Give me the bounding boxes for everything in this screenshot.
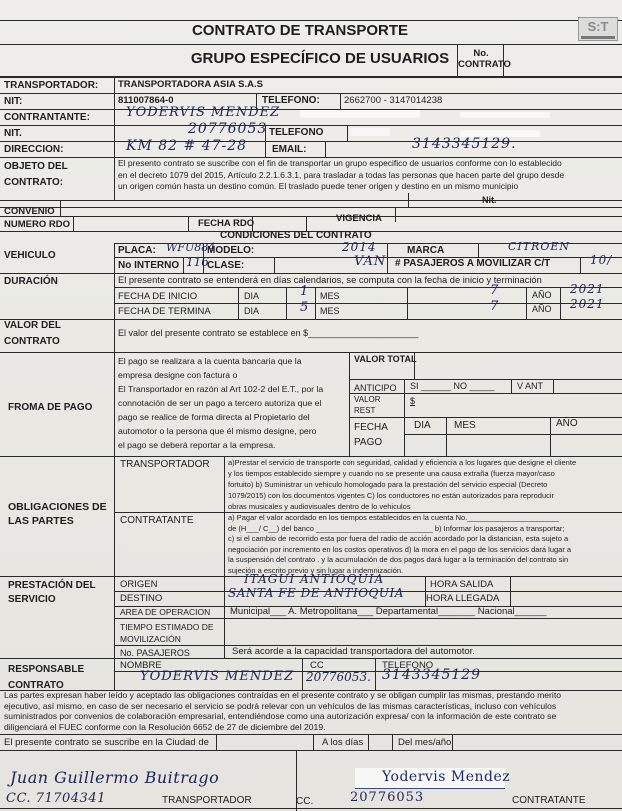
- area-operacion-options[interactable]: Municipal___ A. Metropolitana___ Departa…: [230, 606, 546, 617]
- anticipo-si-no[interactable]: SI ______ NO _____: [410, 381, 495, 392]
- fecha-pago-dia-label: DIA: [414, 420, 431, 431]
- inicio-ano-label: AÑO: [532, 290, 552, 301]
- termina-mes-value[interactable]: 7: [490, 299, 499, 314]
- pasajeros-value[interactable]: 10/: [590, 253, 612, 267]
- contratante-signature: Yodervis Mendez: [382, 769, 510, 785]
- valor-label: VALOR DEL CONTRATO: [4, 320, 61, 348]
- contratante-value[interactable]: YODERVIS MENDEZ: [126, 105, 280, 120]
- termina-dia-label: DIA: [244, 306, 259, 317]
- inicio-dia-value[interactable]: 1: [300, 284, 309, 299]
- contratante-label: CONTRANTANTE:: [4, 112, 90, 124]
- obligaciones-transportador-text: a)Prestar el servicio de transporte con …: [228, 457, 576, 512]
- obligaciones-contratante-label: CONTRATANTE: [120, 515, 194, 526]
- nit2-value[interactable]: 20776053: [188, 121, 267, 137]
- hora-llegada-label: HORA LLEGADA: [426, 593, 499, 604]
- contratante-signature-label: CONTRATANTE: [512, 795, 586, 806]
- direccion-label: DIRECCION:: [4, 144, 63, 156]
- forma-pago-label: FROMA DE PAGO: [8, 402, 92, 414]
- forma-pago-text: El pago se realizara a la cuenta bancari…: [118, 354, 346, 452]
- fecha-termina-label: FECHA DE TERMINA: [118, 306, 211, 317]
- numero-rdo-label: NUMERO RDO: [4, 219, 70, 231]
- vehiculo-label: VEHICULO: [4, 250, 56, 262]
- nit-label: NIT:: [4, 96, 22, 108]
- transportador-cc: CC. 71704341: [6, 791, 106, 806]
- nit2-label: NIT.: [4, 128, 22, 140]
- valor-rest-label: VALOR REST: [354, 395, 381, 416]
- responsable-cc-value[interactable]: 20776053.: [306, 670, 371, 684]
- contratante-cc: 20776053: [350, 790, 424, 805]
- origen-value[interactable]: ITAGUI ANTIOQUIA: [244, 572, 384, 586]
- no-pasajeros-text: Será acorde a la capacidad transportador…: [232, 646, 475, 657]
- obligaciones-transportador-label: TRANSPORTADOR: [120, 459, 210, 470]
- vigencia-label: VIGENCIA: [336, 213, 382, 225]
- fecha-rdo-label: FECHA RDO: [198, 218, 254, 230]
- inicio-dia-label: DIA: [244, 291, 259, 302]
- dias-label: A los días: [322, 737, 363, 748]
- obligaciones-label: OBLIGACIONES DE LAS PARTES: [8, 500, 107, 528]
- dias-field[interactable]: [370, 736, 388, 748]
- duracion-description: El presente contrato se entenderá en día…: [118, 275, 542, 286]
- fecha-pago-ano-label: AÑO: [556, 418, 578, 429]
- inicio-ano-value[interactable]: 2021: [570, 282, 605, 296]
- clase-value[interactable]: VAN: [354, 254, 386, 269]
- ciudad-field[interactable]: [218, 736, 312, 748]
- contratante-cc-label: CC.: [296, 796, 313, 807]
- mes-ano-field[interactable]: [454, 736, 614, 748]
- fecha-pago-mes-label: MES: [454, 420, 476, 431]
- destino-label: DESTINO: [120, 593, 162, 604]
- valor-total-label: VALOR TOTAL: [354, 354, 417, 365]
- document-title: CONTRATO DE TRANSPORTE: [0, 22, 600, 39]
- convenio-nit-label: Nit.: [482, 195, 497, 206]
- termina-ano-label: AÑO: [532, 304, 552, 315]
- area-operacion-label: AREA DE OPERACION: [120, 607, 210, 618]
- transportador-signature-label: TRANSPORTADOR: [162, 795, 252, 806]
- termina-mes-label: MES: [320, 306, 340, 317]
- divider: [0, 20, 622, 21]
- fecha-pago-label: FECHA PAGO: [354, 420, 388, 450]
- destino-value[interactable]: SANTA FE DE ANTIOQUIA: [228, 586, 404, 600]
- document-subtitle: GRUPO ESPECÍFICO DE USUARIOS: [170, 50, 470, 67]
- pasajeros-label: # PASAJEROS A MOVILIZAR C/T: [395, 258, 550, 270]
- clase-label: CLASE:: [207, 260, 244, 272]
- no-interno-value[interactable]: 116: [186, 255, 209, 269]
- inicio-mes-label: MES: [320, 291, 340, 302]
- transportador-label: TRANSPORTADOR:: [4, 80, 98, 92]
- origen-label: ORIGEN: [120, 579, 157, 590]
- inicio-mes-value[interactable]: 7: [490, 283, 499, 298]
- divider: [0, 44, 622, 45]
- company-logo: S:T: [578, 17, 618, 41]
- v-ant-label: V ANT: [517, 381, 543, 392]
- prestacion-label: PRESTACIÓN DEL SERVICIO: [8, 579, 96, 607]
- responsable-telefono-value[interactable]: 3143345129: [382, 667, 481, 683]
- valor-total-field[interactable]: [416, 354, 616, 376]
- fecha-inicio-label: FECHA DE INICIO: [118, 291, 197, 302]
- marca-value[interactable]: CITROEN: [508, 240, 570, 253]
- termina-ano-value[interactable]: 2021: [570, 297, 605, 311]
- modelo-value[interactable]: 2014: [342, 240, 377, 254]
- valor-text[interactable]: El valor del presente contrato se establ…: [118, 328, 418, 339]
- telefono2-label: TELEFONO: [269, 127, 323, 139]
- transportador-value: TRANSPORTADORA ASIA S.A.S: [118, 79, 263, 91]
- ciudad-label: El presente contrato se suscribe en la C…: [4, 737, 209, 748]
- termina-dia-value[interactable]: 5: [300, 300, 309, 315]
- email-value[interactable]: 3143345129.: [412, 136, 517, 152]
- objeto-label: OBJETO DEL CONTRATO:: [4, 161, 68, 189]
- email-label: EMAIL:: [272, 144, 306, 156]
- no-interno-label: No INTERNO: [118, 260, 179, 272]
- contract-number-label: No. CONTRATO: [458, 48, 504, 70]
- placa-label: PLACA:: [118, 245, 156, 257]
- contract-number-field[interactable]: [504, 46, 574, 74]
- obligaciones-contratante-text: a) Pagar el valor acordado en los tiempo…: [228, 513, 571, 576]
- clausula-text: Las partes expresan haber leído y acepta…: [4, 690, 561, 732]
- valor-rest-value[interactable]: $: [410, 396, 415, 407]
- convenio-field[interactable]: [62, 203, 402, 213]
- duracion-label: DURACIÓN: [4, 276, 58, 288]
- direccion-value[interactable]: KM 82 # 47-28: [126, 138, 247, 154]
- transportador-signature: Juan Guillermo Buitrago: [10, 768, 219, 787]
- contract-document: CONTRATO DE TRANSPORTE S:T GRUPO ESPECÍF…: [0, 0, 622, 811]
- marca-label: MARCA: [407, 245, 444, 257]
- modelo-label: MODELO:: [207, 245, 254, 257]
- mes-ano-label: Del mes/año: [398, 737, 451, 748]
- objeto-text: El presento contrato se suscribe con el …: [118, 158, 564, 193]
- telefono-value: 2662700 - 3147014238: [344, 95, 442, 106]
- hora-salida-label: HORA SALIDA: [430, 579, 493, 590]
- tiempo-estimado-label: TIEMPO ESTIMADO DE MOVILIZACIÓN: [120, 621, 214, 645]
